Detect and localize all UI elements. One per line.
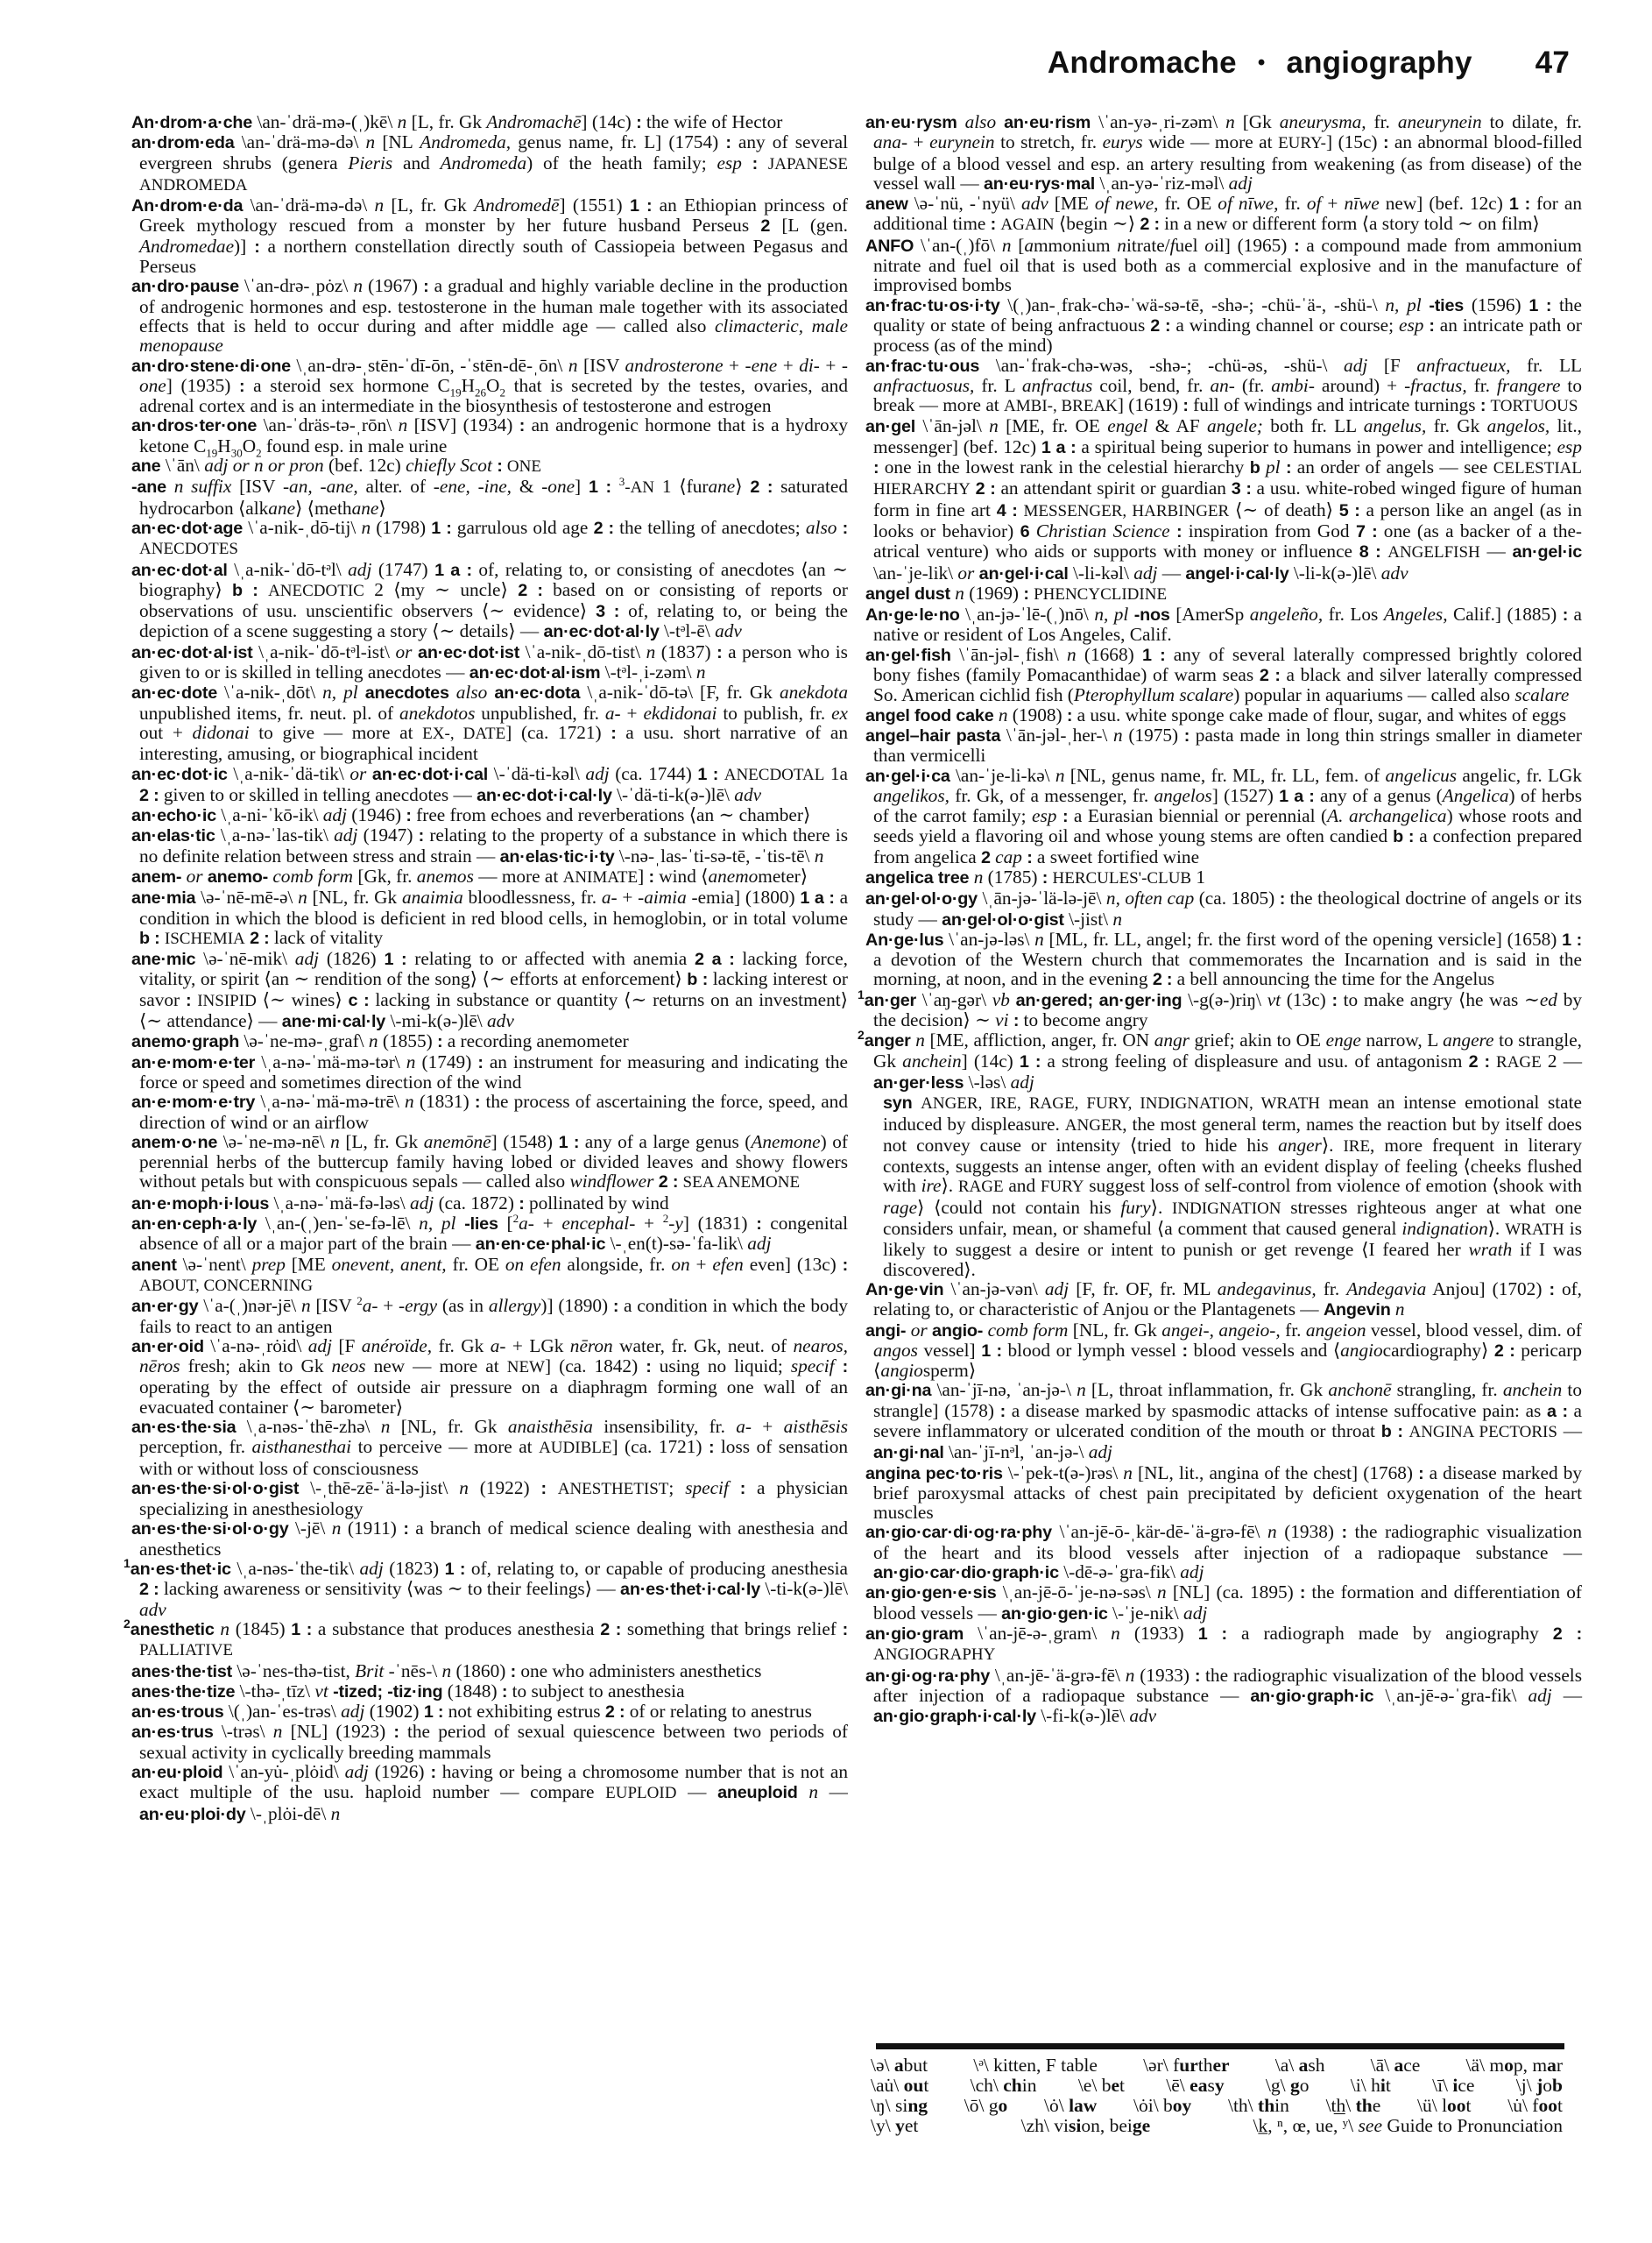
entry-text: 2 : [750,478,773,497]
entry-text: a bell announcing the time for the Angel… [1172,968,1494,989]
example-fragment: ce [1403,2055,1420,2076]
entry-text: TORTUOUS [1491,397,1578,415]
pronunciation-symbol: \g\ [1266,2075,1290,2096]
entry-text: 2 — [1542,1051,1582,1072]
entry-text: ] (14c) [962,1051,1020,1072]
entry-text: : [843,1620,848,1639]
entry-text: suggest loss of self-control from violen… [1084,1175,1583,1196]
entry-text: ⟩. [1151,1197,1172,1218]
entry-text: RAGE [958,1178,1004,1196]
entry-text: (1926) [369,1761,431,1782]
entry-text: an­gelicus [1385,765,1457,786]
entry-text: 2 : [518,581,543,600]
entry-text: \an-ˈfrak-chə-wəs, -shə-; -chü-əs, -shü-… [979,355,1344,376]
entry-text: SEA ANEMONE [683,1173,801,1192]
example-fragment: Guide to Pronunciation [1382,2115,1563,2136]
entry-text: \ˌan-drə-ˌstēn-ˈdī-ōn, -ˈstēn-dē-ˌōn\ [291,355,568,376]
entry-text: ) of the heath family; [526,152,717,173]
entry-text: ⟩. [1488,1218,1506,1239]
entry-text: a sweet fortified wine [1033,846,1199,867]
entry-text: an·gio·gen·ic [1001,1604,1108,1624]
example-fragment: but [904,2055,928,2076]
pronunciation-example: hit [1371,2075,1391,2096]
entry-text: 1 : [1020,1052,1041,1072]
entry-text: angos [873,1340,918,1361]
dictionary-entry: An·ge·vin \ˈan-jə-vən\ adj [F, fr. OF, f… [873,1279,1582,1320]
entry-text: c : [348,991,369,1010]
entry-text: n [1002,235,1012,256]
dictionary-entry: an·es·trus \-trəs\ n [NL] (1923) : the p… [139,1722,848,1762]
entry-text: \-li-kəl\ [1069,563,1134,584]
dictionary-entry: anemo·graph \ə-ˈne-mə-ˌgraf\ n (1855) : … [139,1031,848,1051]
dictionary-entry: An·ge·lus \ˈan-jə-ləs\ n [ML, fr. LL, an… [873,930,1582,990]
entry-text: & AF [1147,415,1207,436]
entry-text: 1 : [981,1341,1002,1361]
entry-text: garrulous old age [452,517,594,538]
entry-text: strangling, fr. [1391,1379,1502,1400]
pronunciation-example: mop, mar [1489,2055,1563,2076]
entry-text: ⟨∼ wines⟩ [257,989,349,1010]
entry-text: fr. [1281,1320,1306,1341]
entry-text: a spiritual being superior to humans in … [1077,436,1557,457]
entry-text: enge [1326,1030,1361,1051]
entry-text: \-ˈdä-ti-k(ə-)lē\ [612,784,735,805]
dictionary-entry: an·e·moph·i·lous \ˌa-nə-ˈmä-fə-ləs\ adj … [139,1193,848,1213]
entry-text: fr. OE [1159,193,1218,214]
entry-text: — [1557,1420,1582,1441]
entry-text: (bef. 12c) [324,455,406,476]
entry-text: (fr. [1235,375,1271,396]
entry-text: 1 [1191,867,1205,888]
pronunciation-key-item: \i\ hit [1351,2076,1391,2096]
pronunciation-symbol: \j\ [1516,2075,1536,2096]
pronunciation-symbol: \ə\ [871,2055,894,2076]
entry-text: ] (15c) [1326,131,1383,152]
entry-text: 1 a : [434,561,472,580]
entry-text: : [540,1479,546,1498]
entry-text: anaimia [402,887,463,908]
pronunciation-key-line: \y\ yet\zh\ vision, beige\k̲, ⁿ, œ, ue, … [871,2116,1563,2136]
entry-text: [ISV] (1934) [407,414,519,435]
entry-text: Christian Science [1036,520,1170,541]
example-fragment: a [1299,2055,1309,2076]
headword: an·e·mom·e·ter [131,1053,255,1072]
entry-text: PHENCYCLIDINE [1034,585,1167,604]
entry-text [729,1477,740,1498]
entry-text: a recording anemometer [442,1030,628,1051]
entry-text: andegavinus, [1218,1278,1317,1299]
example-fragment: o [1300,2075,1310,2096]
entry-text: (1837) [655,641,717,662]
entry-text: n [406,1051,416,1072]
example-fragment: o [999,2095,1008,2116]
entry-text: + [820,355,842,376]
entry-text: 2 a : [695,950,735,969]
entry-text: 2 : [1469,1052,1490,1072]
entry-text: a Eurasian biennial or perennial ( [1068,805,1327,826]
entry-text: anfractuosus, [873,375,974,396]
entry-text: anemos [417,866,474,887]
entry-text [1029,520,1035,541]
entry-text: \an-ˈje-li-kə\ [950,765,1055,786]
entry-text: angio [1340,1340,1383,1361]
entry-text [798,1781,809,1802]
entry-text: \ˌan-jē-ə-ˈgra-fik\ [1373,1685,1528,1706]
pronunciation-example: sing [895,2095,928,2116]
entry-text [758,152,768,173]
entry-text: on [671,1254,689,1275]
entry-text: \an-ˈje-lik\ [873,563,957,584]
entry-text: ) popular in aquariums — called also [1233,684,1514,705]
entry-text: 2 : [605,1702,625,1722]
entry-text: ] (1619) [1118,394,1183,415]
entry-text [258,579,268,600]
entry-text: to give — more at [250,722,423,743]
dictionary-entry: angina pec·to·ris \-ˈpek-t(ə-)rəs\ n [NL… [873,1463,1582,1523]
entry-text: : [843,1256,848,1275]
entry-text: a disease marked by spas­modic attacks o… [1006,1400,1547,1421]
pronunciation-key-item: \ü\ loot [1417,2096,1472,2116]
entry-text: [Gk [1235,111,1280,132]
entry-text: AUDIBLE [539,1439,611,1457]
headword: an·eu·ploid [131,1763,222,1782]
entry-text: ANECDOTES [139,540,238,558]
entry-text: out + [139,722,193,743]
entry-text: angio [880,1360,923,1381]
entry-text: \ˈān-jəl-ˌfish\ [951,644,1067,665]
entry-text: \an-ˈdrä-mə-də\ [235,131,366,152]
entry-text: n [999,704,1008,725]
entry-text: 2 : [1494,1341,1515,1361]
entry-text: ane [352,498,379,519]
entry-text: fresh; akin to Gk [180,1355,332,1376]
entry-text: of or relating to anestrus [625,1701,812,1722]
pronunciation-example: ash [1299,2055,1325,2076]
entry-text: ⟩. [941,1175,957,1196]
entry-text: 2 [760,216,770,236]
entry-text: il] (1965) [1214,235,1294,256]
pronunciation-key-item: \ch\ chin [971,2076,1037,2096]
dictionary-entry: An·ge·le·no \ˌan-jə-ˈlē-(ˌ)nō\ n, pl -no… [873,605,1582,645]
entry-text: -ene [745,355,778,376]
headword: an·gel·i·ca [865,767,950,786]
entry-text: one who administers anesthetics [516,1660,761,1681]
entry-text: n [330,1131,340,1152]
entry-text: 2 [981,848,991,867]
entry-text: fr. [1467,375,1497,396]
entry-text: (1826) [319,948,384,969]
pronunciation-symbol: \ȯi\ [1133,2095,1163,2116]
entry-text: \ˈa-nik-ˌdōt\ [217,682,322,703]
entry-text: b : [1393,827,1414,846]
entry-text: (1947) [357,824,418,846]
entry-text: blood or lymph vessel [1002,1340,1183,1361]
entry-text: \ˈan-jə-vən\ [943,1278,1044,1299]
dictionary-entry: angelica tree n (1785) : HERCULES'-CLUB … [873,867,1582,888]
entry-text: EX-, DATE [422,725,505,743]
entry-text: also [456,682,488,703]
entry-text: (ca. 1805) [1194,888,1280,909]
pronunciation-key-item: \ə\ abut [871,2055,928,2076]
entry-text: bloodlessness, fr. [463,887,602,908]
pronunciation-symbol: \k̲, ⁿ, œ, ue, ʸ\ [1253,2115,1358,2136]
dictionary-entry: an·ec·dote \ˈa-nik-ˌdōt\ n, pl anecdotes… [139,683,848,763]
entry-text: Angelica [1443,785,1509,806]
pronunciation-key-item: \ŋ\ sing [871,2096,928,2116]
entry-text: ] (1527) [1212,785,1279,806]
entry-text: ⟨begin ∼⟩ [1055,213,1140,234]
entry-text: b : [687,970,708,989]
entry-text: : [843,519,848,538]
entry-text: water, fr. Gk, neut. of [613,1335,794,1356]
entry-text: grief; akin to OE [1190,1030,1326,1051]
pronunciation-key-item: \ᵊ\ kitten, F table [973,2055,1098,2076]
entry-text: di- [799,355,820,376]
headword: an·es·the·sia [131,1418,236,1437]
pronunciation-example: bet [1102,2075,1125,2096]
entry-text: n [568,355,578,376]
entry-text: aisthēsis [784,1416,848,1437]
entry-text: \-g(ə-)riŋ\ [1182,989,1267,1010]
entry-text: [L, fr. Gk [406,111,486,132]
entry-text: \ə-ˈnent\ [177,1254,252,1275]
entry-text: any of a large genus ( [579,1131,751,1152]
entry-text: n [1077,1379,1086,1400]
entry-text: ⟩ ⟨could not contain his [917,1197,1120,1218]
entry-text: angelos [1154,785,1211,806]
entry-text: \ˈa-(ˌ)nər-jē\ [198,1295,301,1316]
entry-text: \ˌa-nə-ˈlas-tik\ [215,824,335,846]
entry-text: esp [1399,315,1423,336]
example-fragment: r [1557,2055,1563,2076]
pronunciation-key-item: \au̇\ out [871,2076,928,2096]
entry-text [455,1213,464,1234]
pronunciation-example: thin [1258,2095,1289,2116]
entry-text: an·gel·ic [1512,542,1582,562]
pronunciation-symbol: \ü\ [1417,2095,1442,2116]
entry-text: anfractus [1022,375,1092,396]
dictionary-entry: ANFO \ˈan-(ˌ)fō\ n [ammonium nitrate/fue… [873,236,1582,295]
entry-text: MESSENGER, HARBINGER [1023,502,1229,520]
entry-text: adj [1528,1685,1551,1706]
entry-text: blood vessels and ⟨ [1188,1340,1340,1361]
entry-text: adj [1229,173,1253,194]
entry-text [611,476,619,497]
right-column: an·eu·rysm also an·eu·rism \ˈan-yə-ˌri-z… [865,112,1582,1726]
entry-text: ] [638,866,648,887]
dictionary-entry: an·gio·gen·e·sis \ˌan-jē-ō-ˈje-nə-səs\ n… [873,1582,1582,1624]
entry-text: adj [308,1335,332,1356]
entry-text: adv [734,784,761,805]
entry-text: [L, fr. Gk [340,1131,424,1152]
entry-text: Pieris [348,152,392,173]
entry-text: [ME, fr. OE [999,415,1107,436]
pronunciation-key-line: \ə\ abut\ᵊ\ kitten, F table\ər\ further\… [871,2055,1563,2076]
entry-text: the telling of anecdotes; [614,517,806,538]
entry-text: \ˌa-nə-ˈmä-mə-trē\ [255,1091,405,1112]
entry-text: 1 : [559,1133,580,1152]
entry-text: ISCHEMIA [165,930,245,948]
entry-text: adj [341,1701,364,1722]
entry-text: b : [139,929,160,948]
dictionary-entry: An·drom·e·da \an-ˈdrä-mə-də\ n [L, fr. G… [139,195,848,276]
dictionary-entry: 2anger n [ME, affliction, anger, fr. ON … [873,1030,1582,1093]
entry-text: using no liquid; [652,1355,791,1376]
example-fragment: b [1552,2075,1563,2096]
entry-text: \-ˈdä-ti-kəl\ [488,763,585,784]
entry-text: angelikos, [873,785,950,806]
headword: an·es·the·si·ol·o·gy [131,1519,289,1539]
entry-text: ⟩. [1322,1135,1344,1156]
homograph-number: 2 [124,1617,131,1631]
dictionary-entry: an·e·mom·e·ter \ˌa-nə-ˈmä-mə-tər\ n (174… [139,1052,848,1093]
dictionary-entry: an·e·mom·e·try \ˌa-nə-ˈmä-mə-trē\ n (183… [139,1092,848,1132]
pronunciation-symbol: \ər\ [1143,2055,1173,2076]
entry-text: (1967) [363,275,423,296]
example-fragment: ge [1133,2115,1150,2136]
entry-text: \ˌa-nik-ˈdō-tə\ [F, fr. Gk [580,682,780,703]
entry-text: anéroïde, [362,1335,432,1356]
example-fragment: see [1359,2115,1382,2136]
entry-text: ANGIOGRAPHY [873,1645,995,1664]
entry-text: not exhibiting estrus [443,1701,605,1722]
entry-text: Andegavia [1346,1278,1426,1299]
entry-text: [F [1367,355,1416,376]
entry-text: both fr. LL [1263,415,1364,436]
entry-text: angele; [1207,415,1263,436]
entry-text: + [534,1213,561,1234]
entry-text: adj [295,948,319,969]
entry-text: (1749) [415,1051,477,1072]
entry-text: an·gi·nal [873,1443,944,1462]
entry-text: vt [1267,989,1281,1010]
entry-text: [F [332,1335,362,1356]
example-fragment: ce [1458,2075,1474,2096]
entry-text: eurynein [929,131,995,152]
pronunciation-key-item: \ä\ mop, mar [1465,2055,1563,2076]
entry-text: given to or skilled in telling anecdotes… [159,784,477,805]
entry-text: (1908) [1007,704,1066,725]
dictionary-entry: an·dro·stene·di·one \ˌan-drə-ˌstēn-ˈdī-ō… [139,356,848,416]
headword: an·dro·pause [131,277,239,296]
entry-text: angr [1154,1030,1190,1051]
pronunciation-key-line: \ŋ\ sing\ō\ go\ȯ\ law\ȯi\ boy\th\ thin\t… [871,2096,1563,2116]
example-fragment: h [1371,2075,1380,2096]
example-fragment: y [895,2115,905,2136]
pronunciation-key-item: \ər\ further [1143,2055,1230,2076]
entry-text: \an-ˈdräs-tə-ˌrōn\ [257,414,398,435]
entry-text: 2 : [1150,316,1170,336]
entry-text: anecdotes [365,683,449,703]
entry-text: an·eu·rism [1004,113,1091,132]
entry-text: allergy [489,1295,541,1316]
entry-text: a [1024,235,1034,256]
entry-text: \ˌa-nik-ˈdō-tᵊl-ist\ [253,641,396,662]
entry-text: )] [234,236,254,257]
entry-text: \ˌa-nə-ˈmä-mə-tər\ [255,1051,406,1072]
entry-text: 2 : [1153,970,1173,989]
entry-text: (1902) [364,1701,423,1722]
entry-text: a wind­ing channel or course; [1170,315,1399,336]
entry-text: n [442,1660,452,1681]
entry-text: adv [139,1599,166,1620]
pronunciation-example: further [1173,2055,1230,2076]
entry-text: rage [883,1197,917,1218]
entry-text: ⟩ [378,498,385,519]
dictionary-entry: an·gel·fish \ˈān-jəl-ˌfish\ n (1668) 1 :… [873,645,1582,705]
dictionary-entry: anes·the·tist \ə-ˈnes-thə-tist, Brit -ˈn… [139,1661,848,1681]
entry-text: \-ˌplȯi-dē\ [246,1803,331,1824]
pronunciation-symbol: \au̇\ [871,2075,904,2096]
dictionary-entry: 1an·es·thet·ic \ˌa-nəs-ˈthe-tik\ adj (18… [139,1559,848,1619]
entry-text: O [486,375,499,396]
headword: an·en·ceph·a·ly [131,1214,257,1234]
entry-text: angei-, angeio-, [1161,1320,1281,1341]
entry-text: 1 a : [1041,438,1077,457]
entry-text: a- [736,1416,752,1437]
example-fragment: ch [1003,2075,1022,2096]
entry-text: n [955,583,964,604]
entry-text: — [818,1781,848,1802]
entry-text: ] (14c) [581,111,636,132]
entry-text [449,682,456,703]
entry-text: ed [1540,989,1557,1010]
entry-text: Andromachē [486,111,581,132]
entry-text: n [1395,1298,1405,1320]
entry-text: \ə-ˈnes-thə-tist, [232,1660,355,1681]
entry-text: an·ec·dot·i·cal·ly [477,786,612,805]
entry-text: adj [1183,1603,1207,1624]
entry-text: Andromeda [441,152,527,173]
entry-text: syn [883,1093,913,1113]
pronunciation-symbol: \i\ [1351,2075,1371,2096]
entry-text: fr. Gk [1426,415,1486,436]
entry-text: alongside, fr. [561,1254,672,1275]
entry-text: to perceive — more at [351,1436,539,1457]
entry-text: an·ec·dot·al·ly [543,622,659,641]
entry-text: b : [1381,1422,1403,1441]
entry-text: \ə-ˈnē-mē-ə\ [195,887,298,908]
dictionary-entry: an·frac·tu·ous \an-ˈfrak-chə-wəs, -shə-;… [873,356,1582,417]
entry-text: perception, fr. [139,1436,252,1457]
example-fragment: s [1207,2075,1214,2096]
entry-text: aneurysma, [1280,111,1366,132]
headword: an·es·thet·ic [131,1560,231,1579]
entry-text: adj [1089,1441,1112,1462]
entry-text: n [1225,111,1235,132]
pronunciation-key-item: \u̇\ foot [1507,2096,1563,2116]
entry-text: 2 ⟨my ∼ uncle⟩ [364,579,518,600]
entry-text: (ca. 1872) [434,1192,519,1213]
entry-text: a- [519,1213,534,1234]
entry-text: \(ˌ)an-ˌfrak-chə-ˈwä-sə-tē, -shə-; -chü-… [1000,294,1386,315]
entry-text: b : [232,581,258,600]
entry-text: 1 : [697,765,718,784]
dictionary-entry: ane \ˈān\ adj or n or pron (bef. 12c) ch… [139,456,848,477]
entry-text: -tized; -tiz·ing [333,1682,442,1702]
entry-text: n [332,1518,342,1539]
entry-text: — [1480,541,1513,562]
entry-text: (1938) [1277,1521,1342,1542]
entry-text: 7 : [1356,522,1378,541]
entry-text: esp [717,152,741,173]
entry-text: INDIGNATION [1172,1199,1281,1218]
entry-text: 1 a : [800,888,834,908]
entry-text: an·gel·i·cal [979,564,1069,584]
entry-text: -ergy [399,1295,437,1316]
entry-text: n [1111,1623,1120,1644]
example-fragment: a [894,2055,904,2076]
